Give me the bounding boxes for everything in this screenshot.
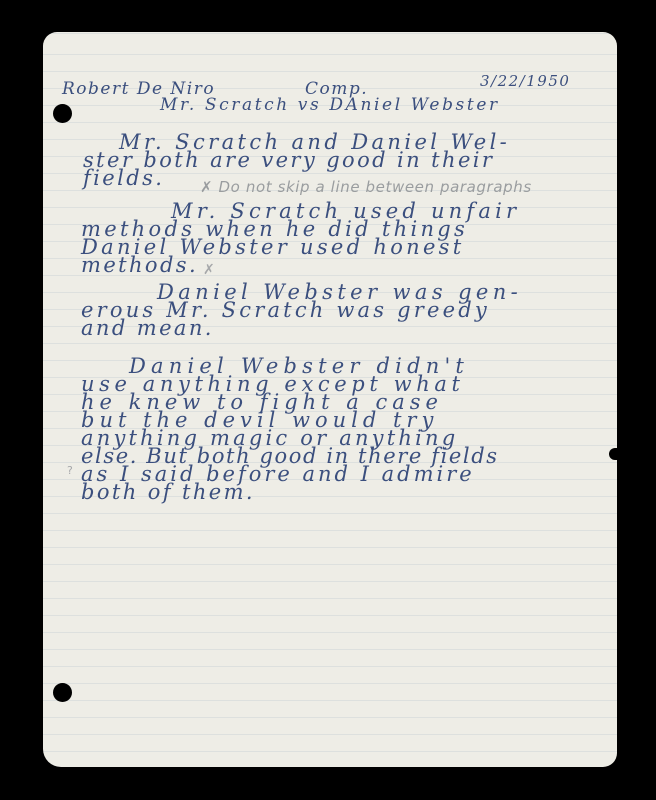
header-title: Mr. Scratch vs DAniel Webster (160, 95, 500, 115)
paragraph-2-line-4: methods. (81, 253, 198, 277)
paragraph-1-line-3: fields. (83, 166, 164, 190)
binder-hole-bottom (53, 683, 72, 702)
paragraph-4-line-8: both of them. (81, 480, 255, 504)
teacher-correction-note: ✗ Do not skip a line between paragraphs (200, 178, 532, 196)
edge-notch-right (609, 448, 617, 460)
scan-background: Robert De Niro Comp. 3/22/1950 Mr. Scrat… (0, 0, 656, 800)
margin-question-mark: ? (67, 464, 73, 477)
binder-hole-top (53, 104, 72, 123)
paragraph-3-line-3: and mean. (81, 316, 214, 340)
ruled-paper-sheet: Robert De Niro Comp. 3/22/1950 Mr. Scrat… (43, 32, 617, 767)
header-date: 3/22/1950 (480, 72, 570, 90)
teacher-x-mark: ✗ (203, 262, 215, 278)
